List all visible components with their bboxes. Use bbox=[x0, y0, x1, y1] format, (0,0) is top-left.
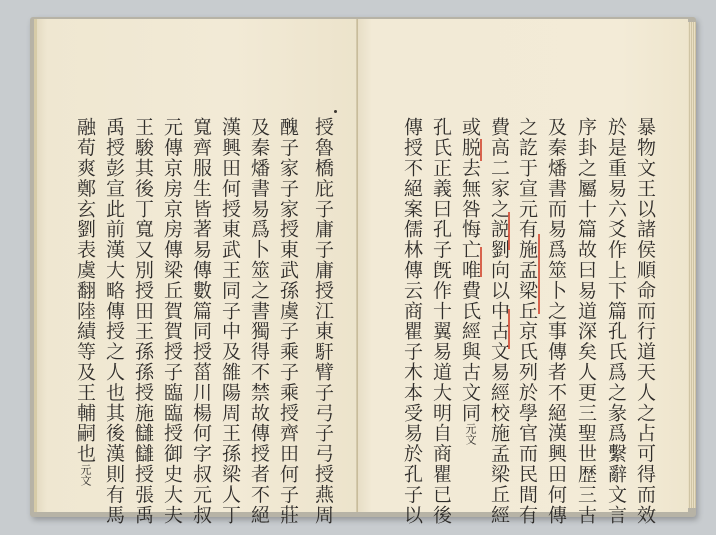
red-name-line bbox=[538, 234, 540, 314]
left-column-9-note: 元文 bbox=[79, 464, 92, 486]
right-page: 暴物文王以諸侯順命而行道天人之占可得而效 於是重易六爻作上下篇孔氏爲之彖爲繫辭文… bbox=[358, 19, 688, 512]
left-column-7: 王駿其後丁寬又別授田王孫孫授施讎讎授張禹 bbox=[132, 117, 154, 525]
right-column-5: 之訖于宣元有施孟梁丘京氏列於學官而民間有 bbox=[516, 117, 538, 525]
ink-spot bbox=[334, 110, 337, 113]
right-column-7: 或脱去無咎悔亡唯費氏經與古文同元文 bbox=[459, 117, 481, 445]
right-column-1: 暴物文王以諸侯順命而行道天人之占可得而效 bbox=[634, 117, 656, 525]
left-column-6: 元傳京房京房傳梁丘賀賀授子臨臨授御史大夫 bbox=[161, 117, 183, 525]
left-column-4: 漢興田何授東武王同子中及雒陽周王孫梁人丁 bbox=[219, 117, 241, 525]
right-column-3: 序卦之屬十篇故曰易道深矣人更三聖世歴三古 bbox=[575, 117, 597, 525]
left-column-5: 寬齊服生皆著易傳數篇同授菑川楊何字叔元叔 bbox=[190, 117, 212, 525]
red-name-line bbox=[508, 212, 510, 250]
red-name-line bbox=[480, 247, 482, 277]
right-column-8: 孔氏正義曰孔子旣作十翼易道大明自商瞿已後 bbox=[430, 117, 452, 525]
left-column-9-text: 融荀爽鄭玄劉表虞翻陸績等及王輔嗣也 bbox=[74, 117, 96, 464]
right-column-2: 於是重易六爻作上下篇孔氏爲之彖爲繫辭文言 bbox=[605, 117, 627, 525]
left-column-2: 醜子家子家授東武孫虞子乘子乘授齊田何子莊 bbox=[277, 117, 299, 525]
red-name-line bbox=[508, 309, 510, 349]
right-column-4: 及秦燔書而易爲筮卜之事傳者不絕漢興田何傳 bbox=[545, 117, 567, 525]
right-column-9: 傳授不絕案儒林傳云商瞿子木本受易於孔子以 bbox=[401, 117, 423, 525]
right-column-6: 費高二家之説劉向以中古文易經校施孟梁丘經 bbox=[488, 117, 510, 525]
left-column-9: 融荀爽鄭玄劉表虞翻陸績等及王輔嗣也元文 bbox=[74, 117, 96, 486]
left-page: 授魯橋庇子庸子庸授江東馯臂子弓子弓授燕周 醜子家子家授東武孫虞子乘子乘授齊田何子… bbox=[34, 19, 361, 512]
right-column-7-text: 或脱去無咎悔亡唯費氏經與古文同 bbox=[459, 117, 481, 423]
right-column-7-note: 元文 bbox=[464, 423, 477, 445]
left-column-8: 禹授彭宣此前漢大略傳授之人也其後漢則有馬 bbox=[103, 117, 125, 525]
page-fore-edge bbox=[688, 22, 696, 508]
left-column-1: 授魯橋庇子庸子庸授江東馯臂子弓子弓授燕周 bbox=[312, 117, 334, 525]
red-name-line bbox=[480, 139, 482, 161]
left-column-3: 及秦燔書易爲卜筮之書獨得不禁故傳授者不絕 bbox=[248, 117, 270, 525]
